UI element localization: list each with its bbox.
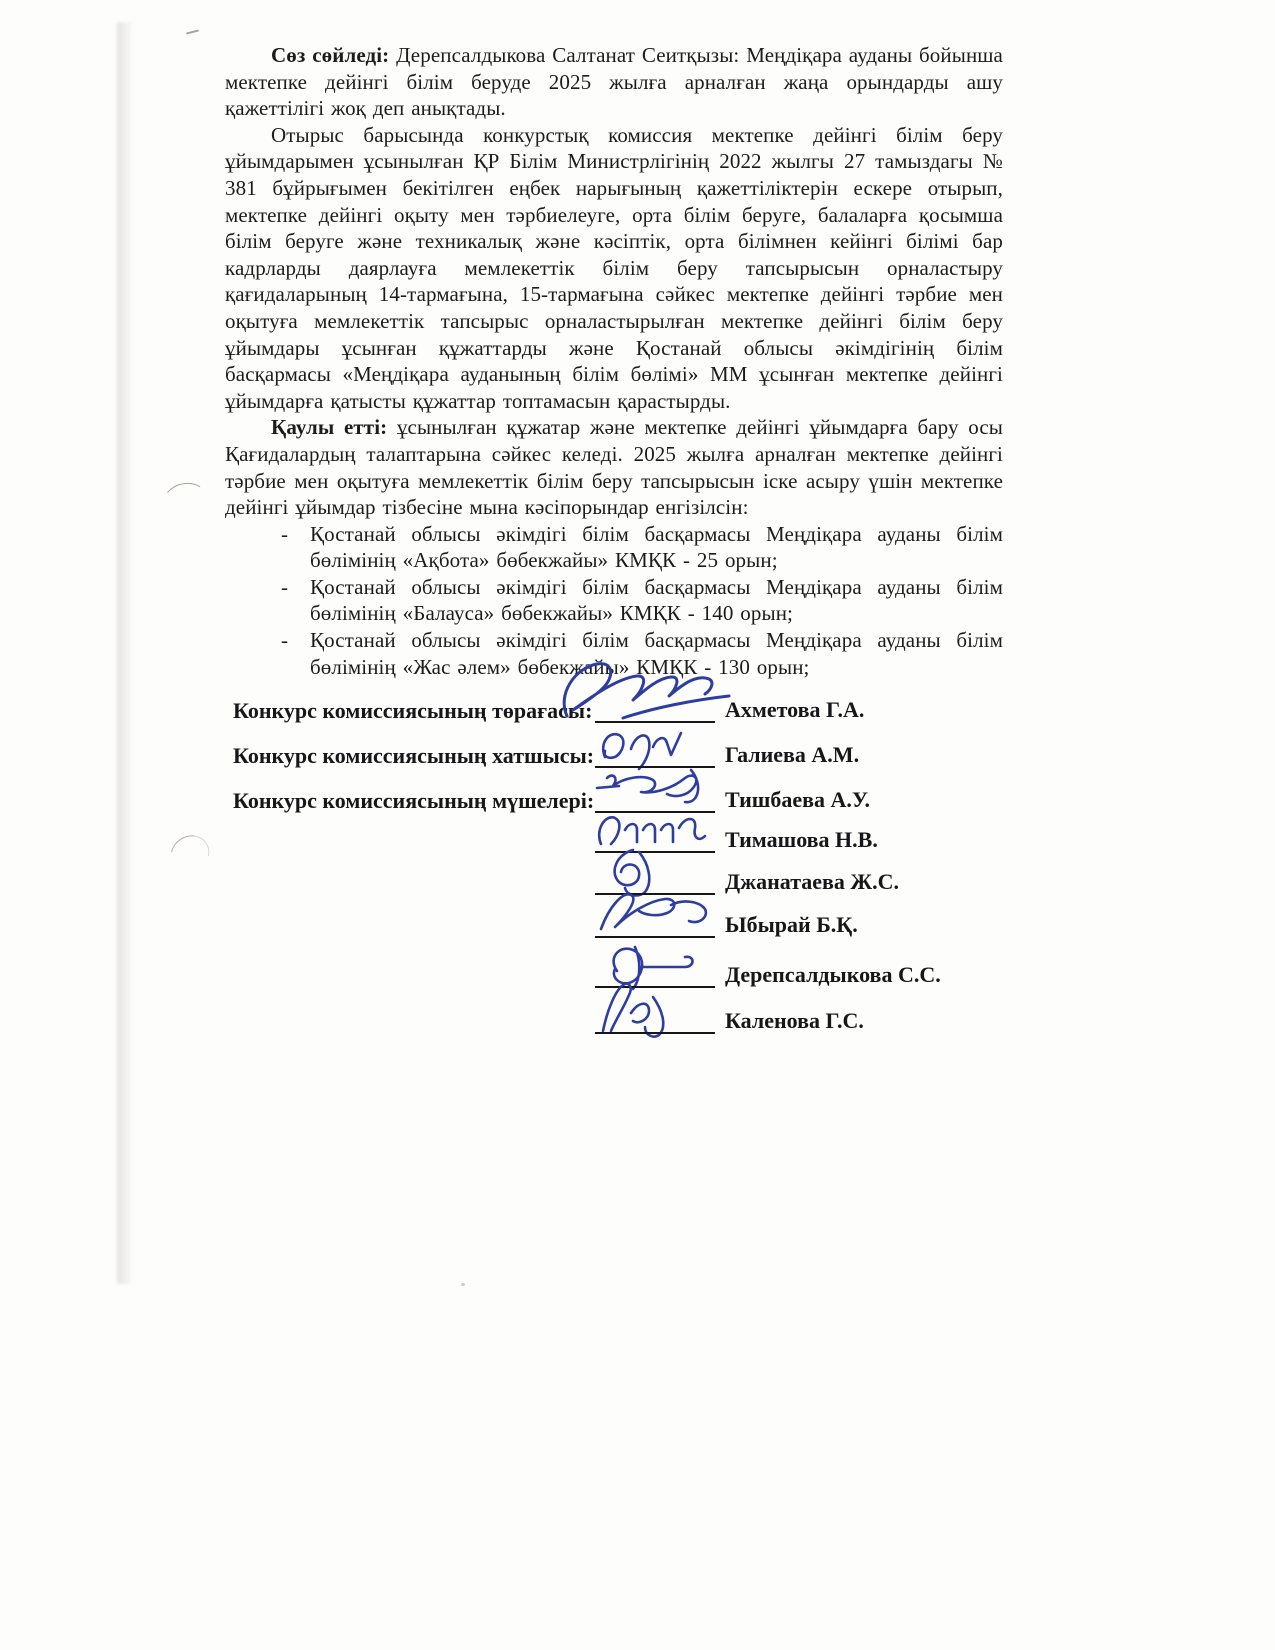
list-item-text: Қостанай облысы әкімдігі білім басқармас…: [310, 522, 1003, 573]
signatory-name: Дерепсалдыкова С.С.: [725, 963, 941, 992]
signatory-name: Джанатаева Ж.С.: [725, 870, 899, 899]
signature-field: [595, 1000, 715, 1034]
list-dash-marker: -: [281, 521, 288, 548]
paragraph-lead: Қаулы етті:: [271, 415, 387, 439]
scanned-document-page: Сөз сөйледі: Дерепсалдыкова Салтанат Сеи…: [0, 0, 1275, 1650]
list-item-text: Қостанай облысы әкімдігі білім басқармас…: [310, 575, 1003, 626]
scan-shadow-band: [117, 22, 132, 1284]
signature-role-label: Конкурс комиссиясының мүшелері:: [233, 789, 595, 817]
signature-role-label: [233, 938, 595, 942]
signature-row-member: Каленова Г.С.: [233, 992, 993, 1038]
signatory-name: Тимашова Н.В.: [725, 828, 878, 857]
list-dash-marker: -: [281, 627, 288, 654]
signature-role-label: [233, 895, 595, 899]
signature-role-label: Конкурс комиссиясының төрағасы:: [233, 699, 595, 727]
signature-kalenova-icon: [591, 977, 699, 1039]
document-body: Сөз сөйледі: Дерепсалдыкова Салтанат Сеи…: [225, 42, 1003, 680]
signature-field: [595, 689, 715, 723]
signatory-name: Каленова Г.С.: [725, 1009, 864, 1038]
signature-line: [595, 1032, 715, 1034]
list-dash-marker: -: [281, 574, 288, 601]
signature-field: [595, 904, 715, 938]
paragraph-lead: Сөз сөйледі:: [271, 43, 389, 67]
paragraph-text: Отырыс барысында конкурстық комиссия мек…: [225, 123, 1003, 413]
list-item: -Қостанай облысы әкімдігі білім басқарма…: [225, 574, 1003, 627]
paragraph-otyrys: Отырыс барысында конкурстық комиссия мек…: [225, 122, 1003, 415]
signature-role-label: [233, 988, 595, 992]
signature-role-label: Конкурс комиссиясының хатшысы:: [233, 744, 595, 772]
scan-arc-mark-lower: [163, 828, 216, 880]
signatory-name: Галиева А.М.: [725, 743, 859, 772]
paragraph-qauly-etti: Қаулы етті: ұсынылған құжатар және мекте…: [225, 414, 1003, 520]
signatory-name: Ахметова Г.А.: [725, 698, 864, 727]
list-item: -Қостанай облысы әкімдігі білім басқарма…: [225, 521, 1003, 574]
signatory-name: Тишбаева А.У.: [725, 788, 870, 817]
scan-dash-mark: [186, 29, 199, 34]
signature-role-label: [233, 853, 595, 857]
signature-ybyrai-icon: [591, 885, 721, 943]
scan-arc-mark-upper: [160, 479, 212, 524]
signature-line: [595, 936, 715, 938]
signature-block: Конкурс комиссиясының төрағасы: Ахметова…: [233, 682, 993, 1038]
paragraph-soz-soiledi: Сөз сөйледі: Дерепсалдыкова Салтанат Сеи…: [225, 42, 1003, 122]
scan-speck: [461, 1283, 465, 1286]
signature-row-member: Ыбырай Б.Қ.: [233, 899, 993, 942]
signatory-name: Ыбырай Б.Қ.: [725, 913, 858, 942]
